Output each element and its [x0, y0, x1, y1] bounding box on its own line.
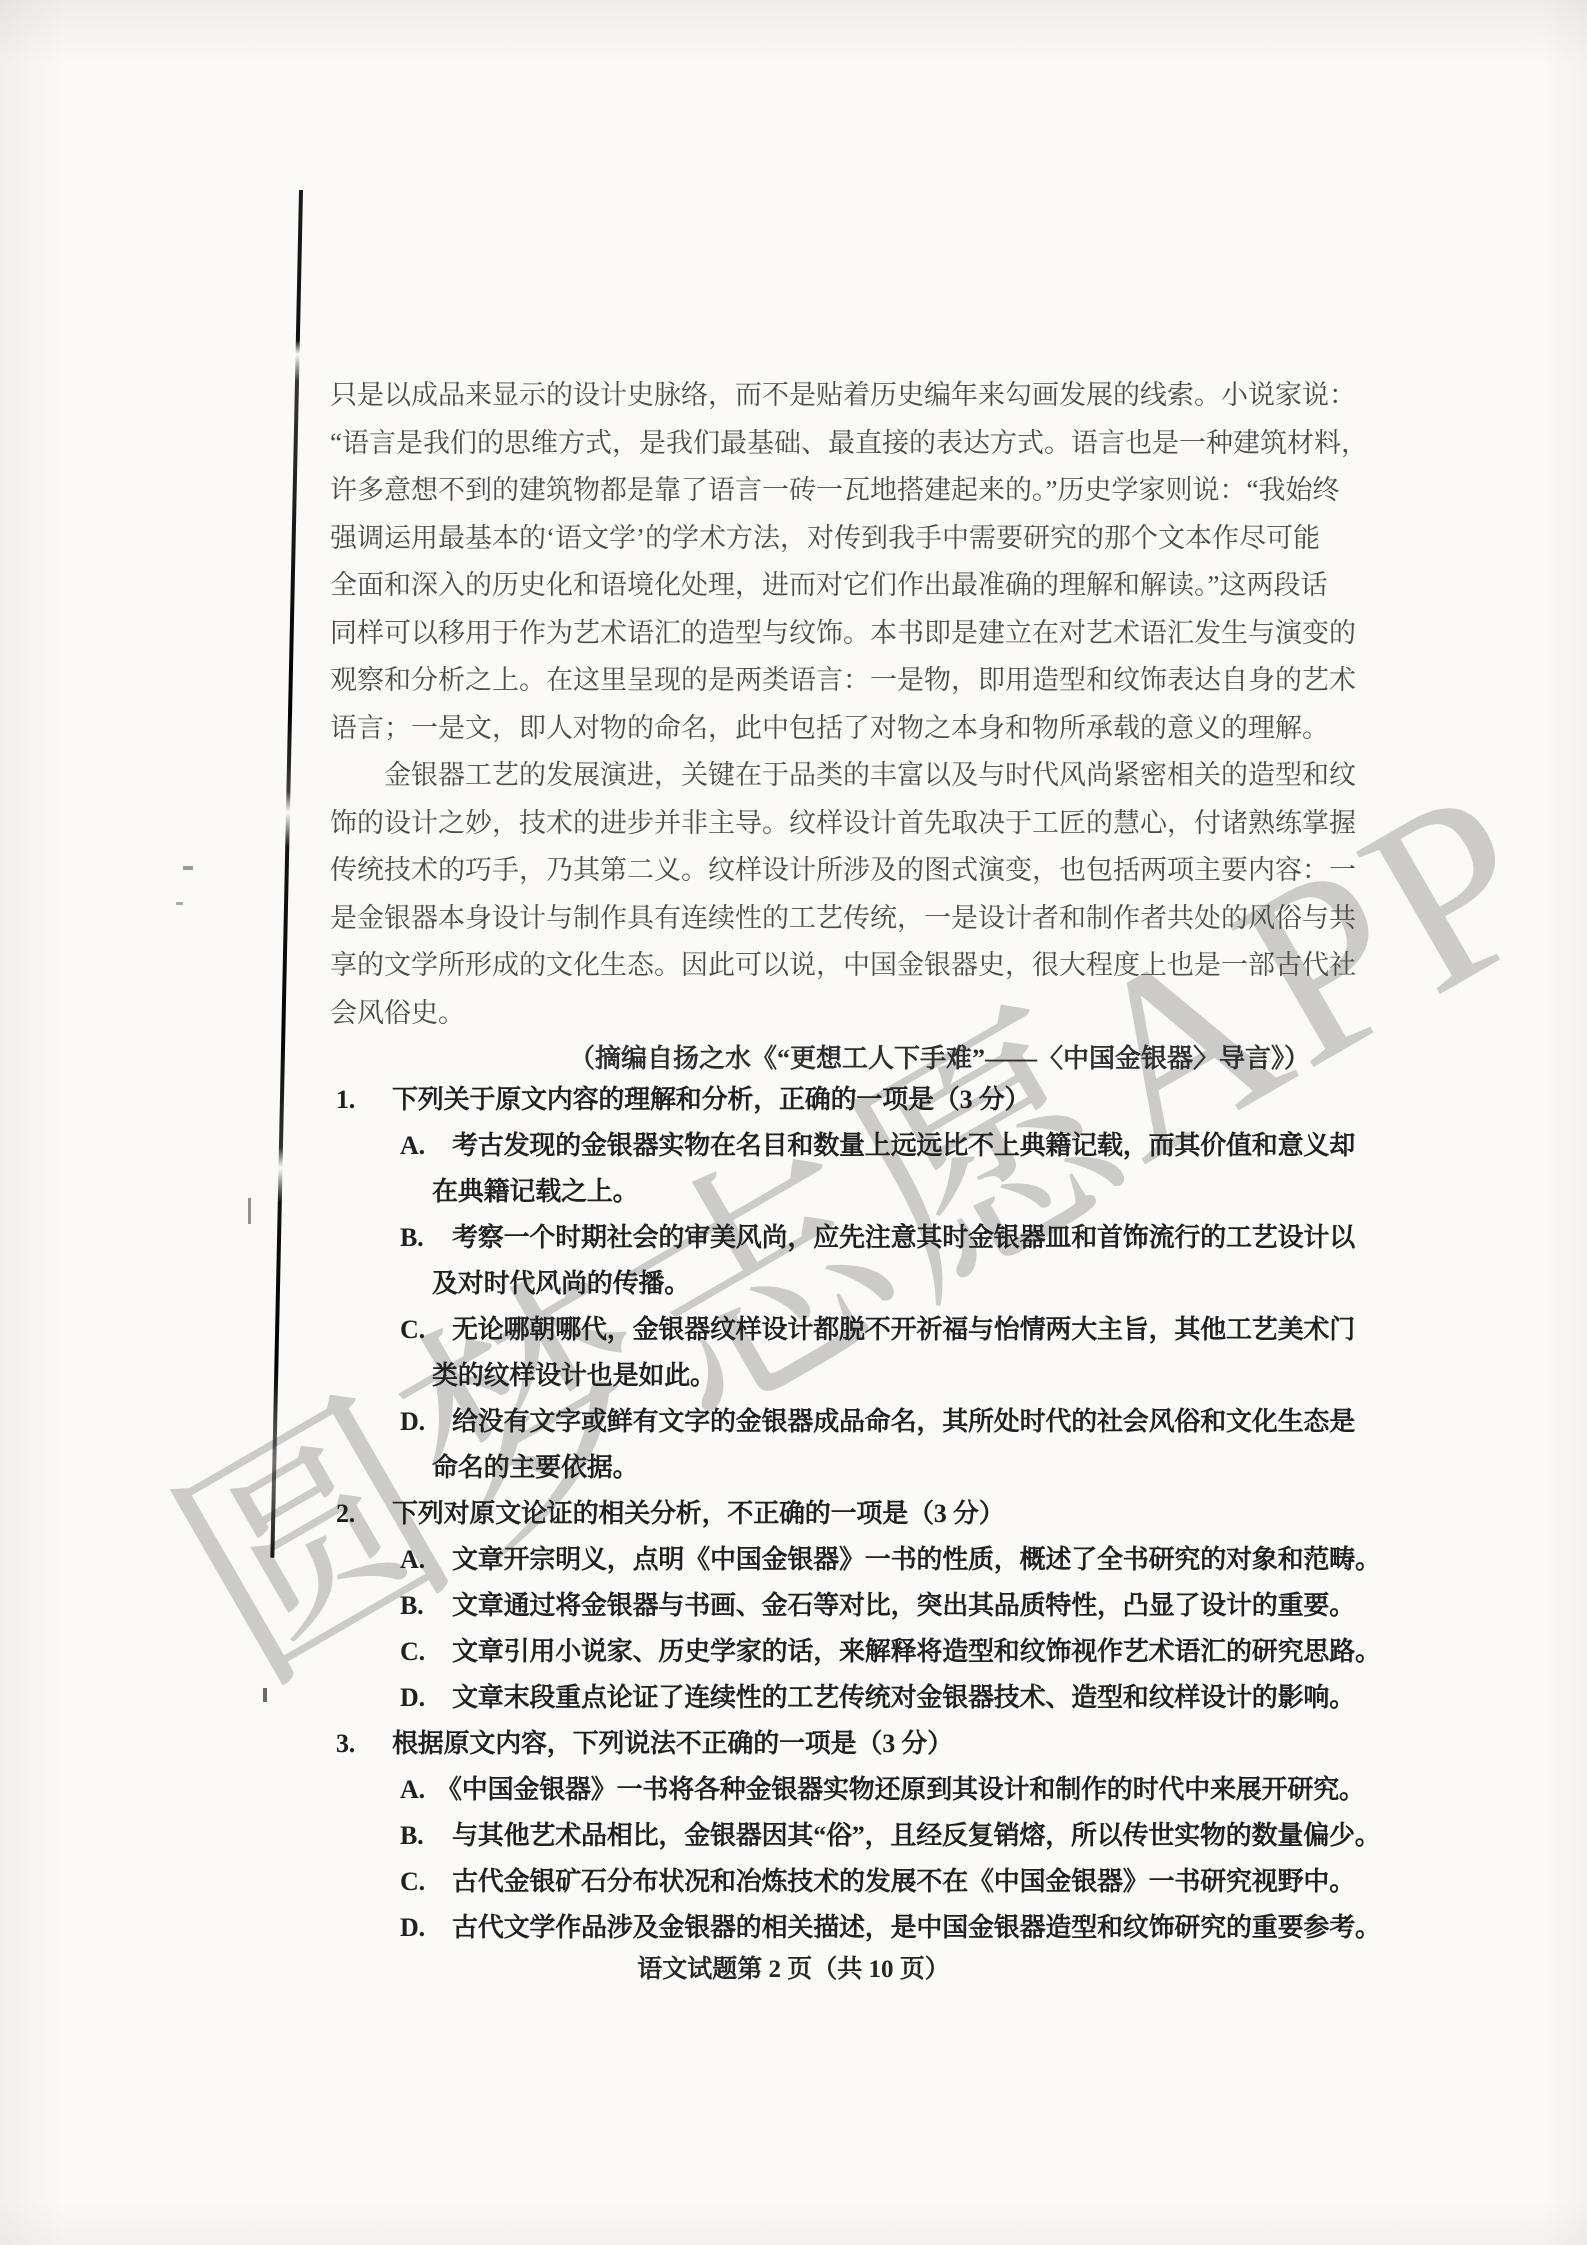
scanned-exam-page: 圆梦志愿APP 只是以成品来显示的设计史脉络，而不是贴着历史编年来勾画发展的线索… [0, 0, 1587, 2245]
page-content: 只是以成品来显示的设计史脉络，而不是贴着历史编年来勾画发展的线索。小说家说：“语… [0, 0, 1587, 2245]
option-text: 考察一个时期社会的审美风尚，应先注意其时金银器皿和首饰流行的工艺设计以 [452, 1223, 1355, 1252]
passage-line: 会风俗史。 [330, 990, 465, 1036]
passage-line: 同样可以移用于作为艺术语汇的造型与纹饰。本书即是建立在对艺术语汇发生与演变的 [330, 610, 1356, 656]
passage-line: 强调运用最基本的‘语文学’的学术方法，对传到我手中需要研究的那个文本作尽可能 [330, 515, 1320, 561]
option-text: 与其他艺术品相比，金银器因其“俗”，且经反复销熔，所以传世实物的数量偏少。 [452, 1821, 1381, 1850]
option-line: B.文章通过将金银器与书画、金石等对比，突出其品质特性，凸显了设计的重要。 [400, 1583, 1355, 1629]
option-label: D. [400, 1905, 434, 1951]
option-line: A.《中国金银器》一书将各种金银器实物还原到其设计和制作的时代中来展开研究。 [400, 1767, 1365, 1813]
passage-line: 饰的设计之妙，技术的进步并非主导。纹样设计首先取决于工匠的慧心，付诸熟练掌握 [330, 800, 1356, 846]
option-text: 《中国金银器》一书将各种金银器实物还原到其设计和制作的时代中来展开研究。 [436, 1775, 1365, 1804]
question-stem-line: 1.下列关于原文内容的理解和分析，正确的一项是（3 分） [336, 1077, 1030, 1123]
option-label: D. [400, 1675, 434, 1721]
passage-line: 只是以成品来显示的设计史脉络，而不是贴着历史编年来勾画发展的线索。小说家说： [330, 372, 1356, 418]
option-line: A.考古发现的金银器实物在名目和数量上远远比不上典籍记载，而其价值和意义却 [400, 1123, 1355, 1169]
option-line: C.无论哪朝哪代，金银器纹样设计都脱不开祈福与怡情两大主旨，其他工艺美术门 [400, 1307, 1355, 1353]
scan-speck [183, 866, 193, 870]
option-line: D.文章末段重点论证了连续性的工艺传统对金银器技术、造型和纹样设计的影响。 [400, 1675, 1355, 1721]
question-stem-line: 3.根据原文内容，下列说法不正确的一项是（3 分） [336, 1721, 953, 1767]
question-stem: 下列关于原文内容的理解和分析，正确的一项是（3 分） [392, 1085, 1030, 1114]
passage-line: 是金银器本身设计与制作具有连续性的工艺传统，一是设计者和制作者共处的风俗与共 [330, 895, 1356, 941]
option-label: A. [400, 1537, 434, 1583]
scan-speck [263, 1688, 267, 1702]
passage-line: “语言是我们的思维方式，是我们最基础、最直接的表达方式。语言也是一种建筑材料， [330, 420, 1368, 466]
option-text: 给没有文字或鲜有文字的金银器成品命名，其所处时代的社会风俗和文化生态是 [452, 1407, 1355, 1436]
option-label: C. [400, 1859, 434, 1905]
option-line: C.古代金银矿石分布状况和冶炼技术的发展不在《中国金银器》一书研究视野中。 [400, 1859, 1355, 1905]
question-stem: 根据原文内容，下列说法不正确的一项是（3 分） [392, 1729, 953, 1758]
option-text: 文章开宗明义，点明《中国金银器》一书的性质，概述了全书研究的对象和范畴。 [452, 1545, 1381, 1574]
option-label: D. [400, 1399, 434, 1445]
option-wrap-line: 在典籍记载之上。 [432, 1169, 638, 1215]
option-text: 文章引用小说家、历史学家的话，来解释将造型和纹饰视作艺术语汇的研究思路。 [452, 1637, 1381, 1666]
scan-speck [248, 1198, 251, 1224]
option-line: C.文章引用小说家、历史学家的话，来解释将造型和纹饰视作艺术语汇的研究思路。 [400, 1629, 1381, 1675]
passage-line: 金银器工艺的发展演进，关键在于品类的丰富以及与时代风尚紧密相关的造型和纹 [384, 752, 1356, 798]
option-wrap-line: 及对时代风尚的传播。 [432, 1261, 690, 1307]
option-label: B. [400, 1215, 434, 1261]
option-text: 考古发现的金银器实物在名目和数量上远远比不上典籍记载，而其价值和意义却 [452, 1131, 1355, 1160]
passage-citation: （摘编自扬之水《“更想工人下手难”——〈中国金银器〉导言》） [330, 1036, 1310, 1082]
page-footer: 语文试题第 2 页（共 10 页） [0, 1948, 1587, 1992]
option-line: D.给没有文字或鲜有文字的金银器成品命名，其所处时代的社会风俗和文化生态是 [400, 1399, 1355, 1445]
question-stem: 下列对原文论证的相关分析，不正确的一项是（3 分） [392, 1499, 1005, 1528]
option-label: A. [400, 1123, 434, 1169]
option-line: B.考察一个时期社会的审美风尚，应先注意其时金银器皿和首饰流行的工艺设计以 [400, 1215, 1355, 1261]
option-line: D.古代文学作品涉及金银器的相关描述，是中国金银器造型和纹饰研究的重要参考。 [400, 1905, 1381, 1951]
question-number: 2. [336, 1491, 370, 1537]
option-text: 文章通过将金银器与书画、金石等对比，突出其品质特性，凸显了设计的重要。 [452, 1591, 1355, 1620]
option-line: A.文章开宗明义，点明《中国金银器》一书的性质，概述了全书研究的对象和范畴。 [400, 1537, 1381, 1583]
option-label: C. [400, 1307, 434, 1353]
option-text: 无论哪朝哪代，金银器纹样设计都脱不开祈福与怡情两大主旨，其他工艺美术门 [452, 1315, 1355, 1344]
option-text: 古代金银矿石分布状况和冶炼技术的发展不在《中国金银器》一书研究视野中。 [452, 1867, 1355, 1896]
passage-line: 许多意想不到的建筑物都是靠了语言一砖一瓦地搭建起来的。”历史学家则说：“我始终 [330, 467, 1339, 513]
passage-line: 观察和分析之上。在这里呈现的是两类语言：一是物，即用造型和纹饰表达自身的艺术 [330, 657, 1356, 703]
question-number: 3. [336, 1721, 370, 1767]
option-label: C. [400, 1629, 434, 1675]
option-label: B. [400, 1813, 434, 1859]
option-label: B. [400, 1583, 434, 1629]
passage-line: 全面和深入的历史化和语境化处理，进而对它们作出最准确的理解和解读。”这两段话 [330, 562, 1327, 608]
option-wrap-line: 类的纹样设计也是如此。 [432, 1353, 716, 1399]
question-number: 1. [336, 1077, 370, 1123]
scan-speck [176, 902, 183, 905]
option-text: 古代文学作品涉及金银器的相关描述，是中国金银器造型和纹饰研究的重要参考。 [452, 1913, 1381, 1942]
option-line: B.与其他艺术品相比，金银器因其“俗”，且经反复销熔，所以传世实物的数量偏少。 [400, 1813, 1381, 1859]
option-label: A. [400, 1767, 434, 1813]
option-text: 文章末段重点论证了连续性的工艺传统对金银器技术、造型和纹样设计的影响。 [452, 1683, 1355, 1712]
option-wrap-line: 命名的主要依据。 [432, 1445, 638, 1491]
passage-line: 语言；一是文，即人对物的命名，此中包括了对物之本身和物所承载的意义的理解。 [330, 705, 1329, 751]
passage-line: 享的文学所形成的文化生态。因此可以说，中国金银器史，很大程度上也是一部古代社 [330, 942, 1356, 988]
question-stem-line: 2.下列对原文论证的相关分析，不正确的一项是（3 分） [336, 1491, 1005, 1537]
passage-line: 传统技术的巧手，乃其第二义。纹样设计所涉及的图式演变，也包括两项主要内容：一 [330, 847, 1356, 893]
